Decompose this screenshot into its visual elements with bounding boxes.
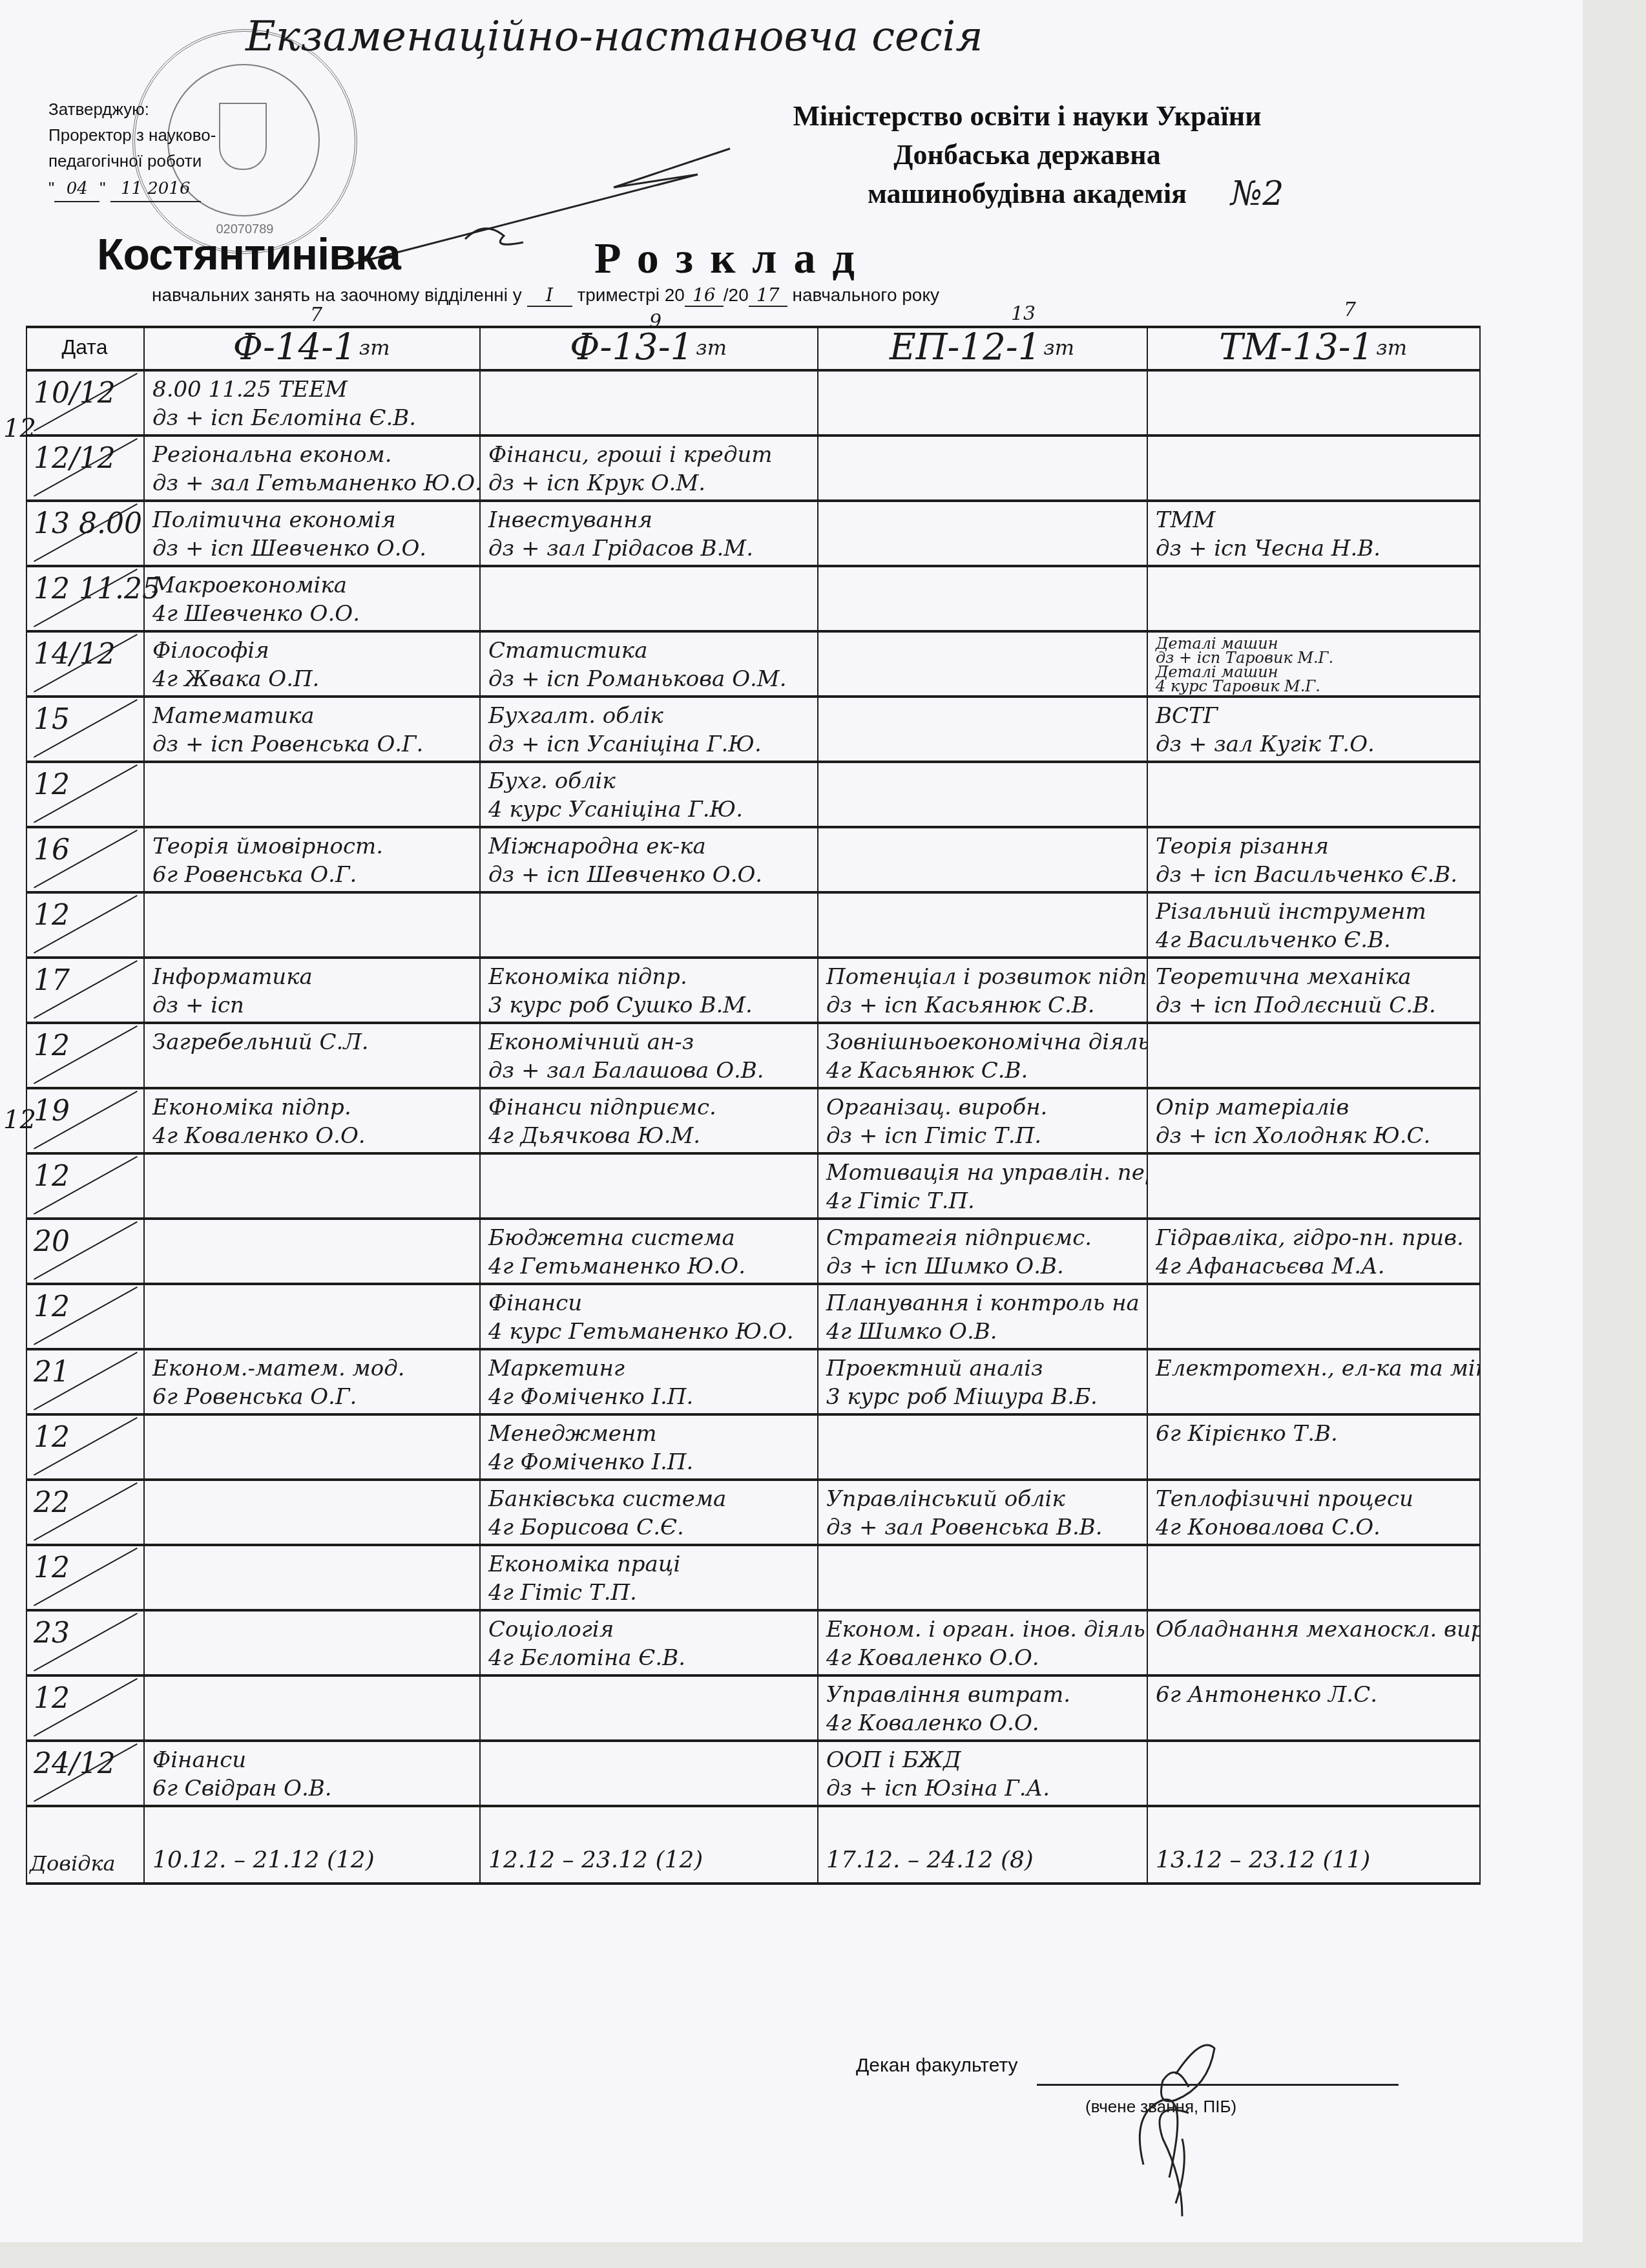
lesson-cell-group-4: Теплофізичні процеси4г Коновалова С.О.: [1147, 1478, 1479, 1544]
lesson-detail: 4г Фоміченко І.П.: [488, 1448, 808, 1476]
lesson-cell-group-3: Управлінський облікдз + зал Ровенська В.…: [817, 1478, 1147, 1544]
subject-name: Фінанси: [152, 1746, 470, 1774]
trident-icon: [219, 103, 267, 170]
lesson-cell-group-3: Економ. і орган. інов. діяльн.4г Ковален…: [817, 1609, 1147, 1674]
lesson-cell-group-4: ВСТГдз + зал Кугік Т.О.: [1147, 695, 1479, 761]
subject-name: Фінанси, гроші і кредит: [488, 441, 808, 469]
lesson-detail: дз + ісп Подлєсний С.В.: [1156, 991, 1470, 1020]
approval-line-2: Проректор з науково-: [48, 123, 216, 147]
lesson-detail: дз + ісп Чесна Н.В.: [1156, 534, 1470, 563]
lesson-detail: 3 курс роб Мішура В.Б.: [826, 1383, 1138, 1411]
table-row: 12Мотивація на управлін. персоналом4г Гі…: [26, 1152, 1479, 1217]
subject-name: Міжнародна ек-ка: [488, 832, 808, 861]
group-count-1: 7: [310, 304, 322, 326]
table-row: 21Економ.-матем. мод.6г Ровенська О.Г.Ма…: [26, 1348, 1479, 1413]
table-row: 22Банківська система4г Борисова С.Є.Упра…: [26, 1478, 1479, 1544]
footer-range-group-4: 13.12 – 23.12 (11): [1147, 1834, 1479, 1880]
table-top-border: [26, 326, 1479, 328]
table-row: 15Математикадз + ісп Ровенська О.Г.Бухга…: [26, 695, 1479, 761]
lesson-cell-group-2: [479, 1152, 817, 1217]
lesson-cell-group-2: Економіка підпр.3 курс роб Сушко В.М.: [479, 956, 817, 1022]
lesson-cell-group-3: [817, 891, 1147, 956]
subject-name: Математика: [152, 702, 470, 730]
lesson-detail: дз + ісп Шевченко О.О.: [488, 861, 808, 889]
lesson-cell-group-1: [143, 1152, 479, 1217]
date-cell: 12: [34, 768, 70, 801]
year-end: 17: [749, 284, 787, 307]
lesson-cell-group-3: Проектний аналіз3 курс роб Мішура В.Б.: [817, 1348, 1147, 1413]
lesson-cell-group-4: [1147, 434, 1479, 499]
subject-name: Мотивація на управлін. персоналом: [826, 1159, 1138, 1187]
lesson-detail: дз + ісп Васильченко Є.В.: [1156, 861, 1470, 889]
lesson-cell-group-2: [479, 1674, 817, 1739]
subject-name: Організац. виробн.: [826, 1093, 1138, 1122]
subject-name: Економ.-матем. мод.: [152, 1354, 470, 1383]
lesson-cell-group-1: [143, 1283, 479, 1348]
column-divider: [1147, 326, 1148, 1885]
scanned-page: 02070789 Екзаменаційно-настановча сесія …: [0, 0, 1583, 2242]
lesson-detail: дз + зал Кугік Т.О.: [1156, 730, 1470, 759]
footer-row: Довідка10.12. – 21.12 (12)12.12 – 23.12 …: [26, 1805, 1479, 1882]
dean-signature: [1118, 1977, 1260, 2249]
lesson-cell-group-3: [817, 630, 1147, 695]
date-cell: 16: [34, 834, 70, 866]
lesson-detail: дз + ісп Бєлотіна Є.В.: [152, 404, 470, 432]
year-start: 16: [685, 284, 724, 307]
lesson-cell-group-2: [479, 891, 817, 956]
subject-name: Політична економія: [152, 506, 470, 534]
lesson-cell-group-2: Економіка праці4г Гітіс Т.П.: [479, 1544, 817, 1609]
lesson-cell-group-2: Бюджетна система4г Гетьманенко Ю.О.: [479, 1217, 817, 1283]
column-divider: [817, 326, 818, 1885]
lesson-cell-group-4: Деталі машиндз + ісп Таровик М.Г.Деталі …: [1147, 630, 1479, 695]
lesson-cell-group-3: [817, 565, 1147, 630]
lesson-cell-group-3: [817, 1544, 1147, 1609]
lesson-cell-group-3: [817, 434, 1147, 499]
table-row: 17Інформатикадз + іспЕкономіка підпр.3 к…: [26, 956, 1479, 1022]
date-cell: 22: [34, 1486, 70, 1519]
subject-name: Бухг. облік: [488, 767, 808, 795]
date-cell: 20: [34, 1225, 70, 1258]
lesson-cell-group-1: Теорія ймовірност.6г Ровенська О.Г.: [143, 826, 479, 891]
lesson-cell-group-3: [817, 695, 1147, 761]
date-cell: 12: [34, 1029, 70, 1062]
subject-name: Статистика: [488, 636, 808, 665]
table-bottom-border: [26, 1882, 1479, 1885]
schedule-subtitle: навчальних занять на заочному відділенні…: [152, 284, 939, 307]
lesson-detail: 4г Гітіс Т.П.: [488, 1579, 808, 1607]
approval-line-3: педагогічної роботи: [48, 149, 202, 173]
lesson-cell-group-4: [1147, 1152, 1479, 1217]
lesson-detail: 4г Борисова С.Є.: [488, 1513, 808, 1542]
lesson-cell-group-1: 8.00 11.25 ТЕЕМдз + ісп Бєлотіна Є.В.: [143, 369, 479, 434]
lesson-cell-group-1: Економ.-матем. мод.6г Ровенська О.Г.: [143, 1348, 479, 1413]
table-row: 12 11.25Макроекономіка4г Шевченко О.О.: [26, 565, 1479, 630]
lesson-cell-group-3: Потенціал і розвиток підпр.дз + ісп Кась…: [817, 956, 1147, 1022]
lesson-cell-group-3: [817, 499, 1147, 565]
lesson-cell-group-2: Фінанси підприємс.4г Дьячкова Ю.М.: [479, 1087, 817, 1152]
subject-name: Проектний аналіз: [826, 1354, 1138, 1383]
table-outer-border: [1479, 326, 1481, 1885]
date-cell: 19: [34, 1095, 70, 1128]
lesson-cell-group-3: Мотивація на управлін. персоналом4г Гіті…: [817, 1152, 1147, 1217]
approval-day: 04: [54, 176, 99, 202]
subject-name: Планування і контроль на підпр: [826, 1289, 1138, 1318]
subject-name: Потенціал і розвиток підпр.: [826, 963, 1138, 991]
lesson-detail: 4г Шимко О.В.: [826, 1318, 1138, 1346]
subject-name: Соціологія: [488, 1615, 808, 1644]
subject-name: Фінанси підприємс.: [488, 1093, 808, 1122]
lesson-detail: дз + ісп Касьянюк С.В.: [826, 991, 1138, 1020]
subtitle-sep: /20: [724, 285, 749, 305]
group-count-3: 13: [1011, 302, 1036, 325]
lesson-detail: 4г Афанасьєва М.А.: [1156, 1252, 1470, 1281]
group-name: Ф-14-1: [233, 326, 356, 368]
lesson-cell-group-4: Теоретична механікадз + ісп Подлєсний С.…: [1147, 956, 1479, 1022]
group-name: ТМ-13-1: [1219, 326, 1373, 368]
date-cell: 13 8.00: [34, 507, 142, 540]
date-cell: 21: [34, 1356, 70, 1389]
lesson-cell-group-4: Обладнання механоскл. виробн-ва: [1147, 1609, 1479, 1674]
subtitle-mid: триместрі 20: [577, 285, 684, 305]
subject-name: Економічний ан-з: [488, 1028, 808, 1056]
subject-name: Зовнішньоекономічна діяльність: [826, 1028, 1138, 1056]
subject-name: Бюджетна система: [488, 1224, 808, 1252]
group-suffix: зт: [696, 335, 727, 360]
footer-range-group-3: 17.12. – 24.12 (8): [817, 1834, 1147, 1880]
group-suffix: зт: [1376, 335, 1407, 360]
lesson-detail: 4г Касьянюк С.В.: [826, 1056, 1138, 1085]
subject-name: Інформатика: [152, 963, 470, 991]
subject-name: 6г Антоненко Л.С.: [1156, 1681, 1470, 1709]
subject-name: Теплофізичні процеси: [1156, 1485, 1470, 1513]
lesson-cell-group-1: Регіональна економ.дз + зал Гетьманенко …: [143, 434, 479, 499]
subject-name: Економіка підпр.: [488, 963, 808, 991]
lesson-cell-group-4: [1147, 565, 1479, 630]
group-name: Ф-13-1: [570, 326, 693, 368]
lesson-cell-group-3: Організац. виробн.дз + ісп Гітіс Т.П.: [817, 1087, 1147, 1152]
lesson-detail: дз + зал Балашова О.В.: [488, 1056, 808, 1085]
subject-name: Економіка підпр.: [152, 1093, 470, 1122]
subject-name: Управління витрат.: [826, 1681, 1138, 1709]
table-row: 12Економіка праці4г Гітіс Т.П.: [26, 1544, 1479, 1609]
lesson-cell-group-4: 6г Кірієнко Т.В.: [1147, 1413, 1479, 1478]
group-header-f13: Ф-13-1зт: [479, 326, 817, 369]
lesson-cell-group-4: [1147, 1022, 1479, 1087]
subject-name: Теорія ймовірност.: [152, 832, 470, 861]
margin-note-1: 12: [3, 414, 36, 443]
lesson-detail: 4г Фоміченко І.П.: [488, 1383, 808, 1411]
lesson-cell-group-2: Міжнародна ек-кадз + ісп Шевченко О.О.: [479, 826, 817, 891]
lesson-cell-group-2: Соціологія4г Бєлотіна Є.В.: [479, 1609, 817, 1674]
date-cell: 10/12: [34, 377, 116, 410]
lesson-cell-group-2: Бухгалт. облікдз + ісп Усаніціна Г.Ю.: [479, 695, 817, 761]
date-cell: 12: [34, 899, 70, 932]
lesson-cell-group-1: [143, 1609, 479, 1674]
date-cell: 12/12: [34, 442, 116, 475]
subtitle-suffix: навчального року: [793, 285, 939, 305]
subject-name: Теорія різання: [1156, 832, 1470, 861]
approval-date: "04" 11 2016: [48, 176, 201, 202]
group-count-4: 7: [1344, 299, 1356, 321]
date-cell: 17: [34, 964, 70, 997]
lesson-cell-group-3: Планування і контроль на підпр4г Шимко О…: [817, 1283, 1147, 1348]
lesson-cell-group-1: Математикадз + ісп Ровенська О.Г.: [143, 695, 479, 761]
lesson-cell-group-1: Загребельний С.Л.: [143, 1022, 479, 1087]
lesson-detail: 4г Шевченко О.О.: [152, 600, 470, 628]
lesson-detail: 4г Коваленко О.О.: [152, 1122, 470, 1150]
table-row: 12Фінанси4 курс Гетьманенко Ю.О.Плануван…: [26, 1283, 1479, 1348]
lesson-detail: дз + ісп Усаніціна Г.Ю.: [488, 730, 808, 759]
group-suffix: зт: [359, 335, 390, 360]
lesson-cell-group-2: Банківська система4г Борисова С.Є.: [479, 1478, 817, 1544]
lesson-cell-group-2: [479, 565, 817, 630]
lesson-detail: 4г Васильченко Є.В.: [1156, 926, 1470, 954]
lesson-detail: дз + ісп Ровенська О.Г.: [152, 730, 470, 759]
subject-name: ТММ: [1156, 506, 1470, 534]
table-row: 24/12Фінанси6г Свідран О.В.ООП і БЖДдз +…: [26, 1739, 1479, 1805]
lesson-detail: 4г Коновалова С.О.: [1156, 1513, 1470, 1542]
lesson-cell-group-2: [479, 1739, 817, 1805]
lesson-cell-group-4: [1147, 761, 1479, 826]
lesson-cell-group-1: [143, 1674, 479, 1739]
lesson-cell-group-2: Економічний ан-здз + зал Балашова О.В.: [479, 1022, 817, 1087]
document-title: Розклад: [594, 233, 871, 284]
lesson-cell-group-2: Статистикадз + ісп Романькова О.М.: [479, 630, 817, 695]
footer-range-group-2: 12.12 – 23.12 (12): [479, 1834, 817, 1880]
lesson-cell-group-4: Теорія різаннядз + ісп Васильченко Є.В.: [1147, 826, 1479, 891]
lesson-cell-group-3: [817, 1413, 1147, 1478]
lesson-cell-group-3: Стратегія підприємс.дз + ісп Шимко О.В.: [817, 1217, 1147, 1283]
lesson-detail: дз + ісп Шимко О.В.: [826, 1252, 1138, 1281]
lesson-detail: дз + ісп: [152, 991, 470, 1020]
group-header-ep12: ЕП-12-1зт: [817, 326, 1147, 369]
table-row: 23Соціологія4г Бєлотіна Є.В.Економ. і ор…: [26, 1609, 1479, 1674]
table-row: 12/12Регіональна економ.дз + зал Гетьман…: [26, 434, 1479, 499]
table-row: 12Різальний інструмент4г Васильченко Є.В…: [26, 891, 1479, 956]
date-cell: 12: [34, 1290, 70, 1323]
subject-name: Електротехн., ел-ка та мікроел-ка: [1156, 1354, 1470, 1383]
date-cell: 14/12: [34, 638, 116, 671]
lesson-cell-group-3: [817, 369, 1147, 434]
date-cell: 15: [34, 703, 70, 736]
lesson-cell-group-4: [1147, 369, 1479, 434]
lesson-cell-group-2: Менеджмент4г Фоміченко І.П.: [479, 1413, 817, 1478]
lesson-cell-group-2: Фінанси, гроші і кредитдз + ісп Крук О.М…: [479, 434, 817, 499]
subject-name: Економ. і орган. інов. діяльн.: [826, 1615, 1138, 1644]
subject-name: Обладнання механоскл. виробн-ва: [1156, 1615, 1470, 1644]
lesson-detail: 4г Коваленко О.О.: [826, 1709, 1138, 1738]
date-cell: 12 11.25: [34, 572, 160, 605]
schedule-table: Дата Ф-14-1зт Ф-13-1зт ЕП-12-1зт ТМ-13-1…: [26, 326, 1479, 1885]
lesson-cell-group-3: ООП і БЖДдз + ісп Юзіна Г.А.: [817, 1739, 1147, 1805]
subject-name: Філософія: [152, 636, 470, 665]
lesson-cell-group-1: [143, 1544, 479, 1609]
lesson-detail: 4 курс Усаніціна Г.Ю.: [488, 795, 808, 824]
subject-name: ООП і БЖД: [826, 1746, 1138, 1774]
lesson-detail: 4г Гітіс Т.П.: [826, 1187, 1138, 1215]
column-divider: [143, 326, 145, 1885]
subject-name: Регіональна економ.: [152, 441, 470, 469]
table-row: 19Економіка підпр.4г Коваленко О.О.Фінан…: [26, 1087, 1479, 1152]
approval-line-1: Затверджую:: [48, 97, 149, 121]
lesson-detail: 4г Жвака О.П.: [152, 665, 470, 693]
column-divider: [479, 326, 481, 1885]
subject-name: Економіка праці: [488, 1550, 808, 1579]
table-row: 12Управління витрат.4г Коваленко О.О.6г …: [26, 1674, 1479, 1739]
lesson-cell-group-2: Інвестуваннядз + зал Грідасов В.М.: [479, 499, 817, 565]
lesson-cell-group-4: Різальний інструмент4г Васильченко Є.В.: [1147, 891, 1479, 956]
group-header-f14: Ф-14-1зт: [143, 326, 479, 369]
group-header-tm13: ТМ-13-1зт: [1147, 326, 1479, 369]
date-cell: 23: [34, 1617, 70, 1650]
lesson-detail: 6г Ровенська О.Г.: [152, 861, 470, 889]
lesson-cell-group-3: Зовнішньоекономічна діяльність4г Касьяню…: [817, 1022, 1147, 1087]
group-name: ЕП-12-1: [890, 326, 1041, 368]
date-cell: 12: [34, 1160, 70, 1193]
lesson-cell-group-1: [143, 891, 479, 956]
lesson-cell-group-1: Економіка підпр.4г Коваленко О.О.: [143, 1087, 479, 1152]
lesson-cell-group-4: ТММдз + ісп Чесна Н.В.: [1147, 499, 1479, 565]
lesson-cell-group-4: [1147, 1283, 1479, 1348]
date-column-header: Дата: [26, 326, 143, 369]
table-row: 10/128.00 11.25 ТЕЕМдз + ісп Бєлотіна Є.…: [26, 369, 1479, 434]
lesson-detail: 4г Коваленко О.О.: [826, 1644, 1138, 1672]
lesson-cell-group-2: Фінанси4 курс Гетьманенко Ю.О.: [479, 1283, 817, 1348]
table-row: 12Менеджмент4г Фоміченко І.П.6г Кірієнко…: [26, 1413, 1479, 1478]
lesson-detail: дз + ісп Шевченко О.О.: [152, 534, 470, 563]
lesson-cell-group-2: Маркетинг4г Фоміченко І.П.: [479, 1348, 817, 1413]
subject-name: Управлінський облік: [826, 1485, 1138, 1513]
lesson-cell-group-1: Фінанси6г Свідран О.В.: [143, 1739, 479, 1805]
table-row: 12Бухг. облік4 курс Усаніціна Г.Ю.: [26, 761, 1479, 826]
ministry-name: Міністерство освіти і науки України: [736, 100, 1318, 132]
lesson-detail: 4г Бєлотіна Є.В.: [488, 1644, 808, 1672]
handwritten-session-note: Екзаменаційно-настановча сесія: [245, 13, 983, 61]
lesson-detail: 6г Ровенська О.Г.: [152, 1383, 470, 1411]
lesson-cell-group-3: [817, 826, 1147, 891]
lesson-cell-group-1: Філософія4г Жвака О.П.: [143, 630, 479, 695]
subject-name: Гідравліка, гідро-пн. прив.: [1156, 1224, 1470, 1252]
table-row: 20Бюджетна система4г Гетьманенко Ю.О.Стр…: [26, 1217, 1479, 1283]
lesson-detail: 4г Дьячкова Ю.М.: [488, 1122, 808, 1150]
lesson-detail: дз + зал Гетьманенко Ю.О.: [152, 469, 470, 498]
lesson-cell-group-1: [143, 1413, 479, 1478]
subject-name: Фінанси: [488, 1289, 808, 1318]
lesson-detail: 4г Гетьманенко Ю.О.: [488, 1252, 808, 1281]
lesson-detail: дз + зал Грідасов В.М.: [488, 534, 808, 563]
lesson-cell-group-4: Гідравліка, гідро-пн. прив.4г Афанасьєва…: [1147, 1217, 1479, 1283]
table-row: 12Загребельний С.Л.Економічний ан-здз + …: [26, 1022, 1479, 1087]
lesson-cell-group-1: Інформатикадз + ісп: [143, 956, 479, 1022]
lesson-detail: 4 курс Гетьманенко Ю.О.: [488, 1318, 808, 1346]
date-cell: 12: [34, 1682, 70, 1715]
lesson-detail: дз + ісп Юзіна Г.А.: [826, 1774, 1138, 1803]
subject-name: Загребельний С.Л.: [152, 1028, 470, 1056]
subject-name: Макроекономіка: [152, 571, 470, 600]
subject-name: Різальний інструмент: [1156, 898, 1470, 926]
subject-name: 6г Кірієнко Т.В.: [1156, 1420, 1470, 1448]
date-cell: 24/12: [34, 1747, 116, 1780]
subject-name: Стратегія підприємс.: [826, 1224, 1138, 1252]
footer-label: Довідка: [26, 1837, 143, 1884]
lesson-cell-group-1: Політична економіядз + ісп Шевченко О.О.: [143, 499, 479, 565]
subject-name: Бухгалт. облік: [488, 702, 808, 730]
lesson-cell-group-3: [817, 761, 1147, 826]
lesson-cell-group-4: [1147, 1739, 1479, 1805]
sheet-number: №2: [1231, 174, 1284, 213]
subject-name: Банківська система: [488, 1485, 808, 1513]
approval-month-year: 11 2016: [110, 176, 201, 202]
lesson-detail: дз + ісп Романькова О.М.: [488, 665, 808, 693]
lesson-detail: 6г Свідран О.В.: [152, 1774, 470, 1803]
subtitle-prefix: навчальних занять на заочному відділенні…: [152, 285, 522, 305]
subject-name: Інвестування: [488, 506, 808, 534]
group-suffix: зт: [1043, 335, 1074, 360]
lesson-cell-group-4: 6г Антоненко Л.С.: [1147, 1674, 1479, 1739]
lesson-detail: 3 курс роб Сушко В.М.: [488, 991, 808, 1020]
lesson-detail: дз + ісп Холодняк Ю.С.: [1156, 1122, 1470, 1150]
date-cell: 12: [34, 1551, 70, 1584]
academy-name-1: Донбаська державна: [736, 139, 1318, 171]
table-row: 14/12Філософія4г Жвака О.П.Статистикадз …: [26, 630, 1479, 695]
date-cell: 12: [34, 1421, 70, 1454]
dean-label: Декан факультету: [856, 2055, 1018, 2077]
lesson-detail: дз + ісп Крук О.М.: [488, 469, 808, 498]
lesson-cell-group-4: Електротехн., ел-ка та мікроел-ка: [1147, 1348, 1479, 1413]
lesson-cell-group-1: [143, 1217, 479, 1283]
lesson-detail: 4 курс Таровик М.Г.: [1156, 679, 1470, 693]
lesson-cell-group-4: Опір матеріалівдз + ісп Холодняк Ю.С.: [1147, 1087, 1479, 1152]
margin-note-2: 12: [3, 1105, 36, 1135]
lesson-cell-group-3: Управління витрат.4г Коваленко О.О.: [817, 1674, 1147, 1739]
city-name: Костянтинівка: [97, 229, 401, 280]
subject-name: ВСТГ: [1156, 702, 1470, 730]
table-row: 16Теорія ймовірност.6г Ровенська О.Г.Між…: [26, 826, 1479, 891]
lesson-cell-group-1: [143, 1478, 479, 1544]
lesson-cell-group-2: Бухг. облік4 курс Усаніціна Г.Ю.: [479, 761, 817, 826]
lesson-detail: дз + зал Ровенська В.В.: [826, 1513, 1138, 1542]
table-row: 13 8.00Політична економіядз + ісп Шевчен…: [26, 499, 1479, 565]
lesson-cell-group-2: [479, 369, 817, 434]
subject-name: Теоретична механіка: [1156, 963, 1470, 991]
trimester-value: I: [527, 284, 572, 307]
subject-name: 8.00 11.25 ТЕЕМ: [152, 375, 470, 404]
lesson-cell-group-1: [143, 761, 479, 826]
lesson-cell-group-1: Макроекономіка4г Шевченко О.О.: [143, 565, 479, 630]
lesson-detail: дз + ісп Гітіс Т.П.: [826, 1122, 1138, 1150]
lesson-cell-group-4: [1147, 1544, 1479, 1609]
subject-name: Маркетинг: [488, 1354, 808, 1383]
subject-name: Менеджмент: [488, 1420, 808, 1448]
subject-name: Опір матеріалів: [1156, 1093, 1470, 1122]
footer-range-group-1: 10.12. – 21.12 (12): [143, 1834, 479, 1880]
